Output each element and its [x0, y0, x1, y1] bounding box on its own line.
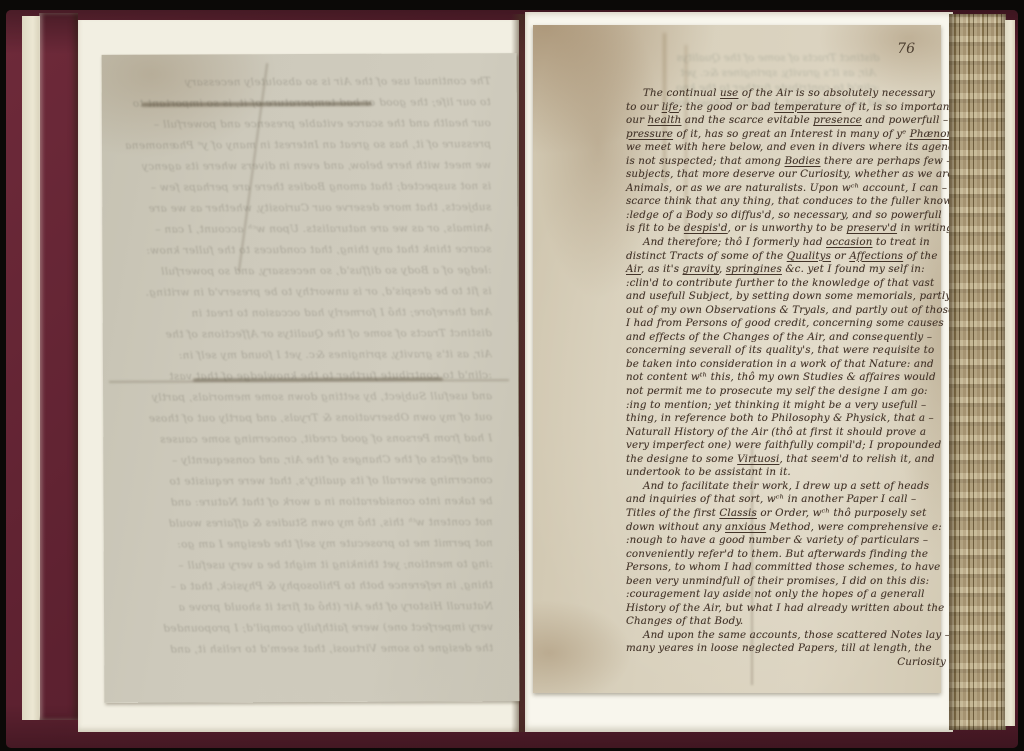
showthrough-line: and effects of the Changes of the Air, a… [119, 449, 492, 472]
right-manuscript-leaf: distinct Tracts of some of the Qualitys … [533, 25, 941, 693]
showthrough-line: I had from Persons of good credit, conce… [119, 428, 492, 451]
showthrough-line: the designe to some Virtuosi, that seem'… [120, 638, 493, 661]
manuscript-line: distinct Tracts of some of the Qualitys … [626, 250, 948, 264]
manuscript-paragraph: The continual use of the Air is so absol… [626, 87, 948, 236]
manuscript-line: I had from Persons of good credit, conce… [626, 317, 948, 331]
left-page-edges-stack [39, 13, 78, 720]
manuscript-line: subjects, that more deserve our Curiosit… [626, 168, 948, 182]
manuscript-paragraph: And to facilitate their work, I drew up … [626, 480, 948, 629]
open-manuscript-book-photo: The continual use of the Air is so absol… [0, 0, 1024, 751]
showthrough-line: Air, as it's gravity, springines &c. yet… [119, 344, 492, 367]
left-endpaper-edge [22, 16, 40, 720]
manuscript-line: conveniently refer'd to them. But afterw… [626, 548, 948, 562]
right-page-edges-stack [949, 14, 1006, 730]
manuscript-line: and usefull Subject, by setting down som… [626, 290, 948, 304]
showthrough-line: distinct Tracts of some of the Qualitys [613, 51, 943, 66]
manuscript-line: out of my own Observations & Tryals, and… [626, 304, 948, 318]
showthrough-line: :ing to mention; yet thinking it might b… [120, 554, 493, 577]
manuscript-line: History of the Air, but what I had alrea… [626, 602, 948, 616]
showthrough-line: and usefull Subject, by setting down som… [119, 386, 492, 409]
showthrough-line: our health and the scarce evitable prese… [118, 113, 491, 136]
manuscript-line: :couragement lay aside not only the hope… [626, 588, 948, 602]
showthrough-line: subjects, that more deserve our Curiosit… [118, 197, 491, 220]
manuscript-line: And upon the same accounts, those scatte… [626, 629, 948, 643]
showthrough-line: we meet with here below, and even in div… [118, 155, 491, 178]
manuscript-line: Changes of that Body. [626, 615, 948, 629]
manuscript-line: Naturall History of the Air (thô at firs… [626, 426, 948, 440]
manuscript-line: is fit to be despis'd, or is unworthy to… [626, 222, 948, 236]
manuscript-line: not permit me to prosecute my self the d… [626, 385, 948, 399]
manuscript-paragraph: And therefore; thô I formerly had occasi… [626, 236, 948, 480]
showthrough-line: concerning severall of its quality's, th… [119, 470, 492, 493]
showthrough-line: Air, as it's gravity, springines &c. yet [613, 66, 943, 81]
manuscript-line: :clin'd to contribute further to the kno… [626, 277, 948, 291]
manuscript-line: to our life; the good or bad temperature… [626, 101, 948, 115]
showthrough-line: be taken into consideration in a work of… [119, 491, 492, 514]
manuscript-line: we meet with here below, and even in div… [626, 141, 948, 155]
manuscript-line: down without any anxious Method, were co… [626, 521, 948, 535]
manuscript-paragraph: And upon the same accounts, those scatte… [626, 629, 948, 656]
manuscript-line: :ing to mention; yet thinking it might b… [626, 399, 948, 413]
manuscript-line: Titles of the first Classis or Order, wᶜ… [626, 507, 948, 521]
showthrough-line: pressure of it, has so great an Interest… [118, 134, 491, 157]
catchword: Curiosity [626, 656, 948, 670]
manuscript-line: The continual use of the Air is so absol… [626, 87, 948, 101]
manuscript-line: Animals, or as we are naturalists. Upon … [626, 182, 948, 196]
manuscript-line: many yeares in loose neglected Papers, t… [626, 642, 948, 656]
manuscript-line: And to facilitate their work, I drew up … [626, 480, 948, 494]
showthrough-line: scarce think that any thing, that conduc… [118, 239, 491, 262]
manuscript-line: the designe to some Virtuosi, that seem'… [626, 453, 948, 467]
showthrough-line: is fit to be despis'd, or is unworthy to… [119, 281, 492, 304]
showthrough-line: Animals, or as we are naturalists. Upon … [118, 218, 491, 241]
manuscript-line: concerning severall of its quality's, th… [626, 344, 948, 358]
manuscript-line: very imperfect one) were faithfully comp… [626, 439, 948, 453]
manuscript-line: been very unmindfull of their promises, … [626, 575, 948, 589]
manuscript-line: And therefore; thô I formerly had occasi… [626, 236, 948, 250]
manuscript-line: our health and the scarce evitable prese… [626, 114, 948, 128]
manuscript-line: is not suspected; that among Bodies ther… [626, 155, 948, 169]
showthrough-line: The continual use of the Air is so absol… [118, 71, 491, 94]
showthrough-line: Naturall History of the Air (thô at firs… [120, 596, 493, 619]
page-number: 76 [897, 41, 915, 57]
manuscript-line: Persons, to whom I had committed those s… [626, 561, 948, 575]
showthrough-line: not content wᵗʰ this, thô my own Studies… [120, 512, 493, 535]
manuscript-line: scarce think that any thing, that conduc… [626, 195, 948, 209]
manuscript-line: and inquiries of that sort, wᶜʰ in anoth… [626, 493, 948, 507]
showthrough-line: And therefore; thô I formerly had occasi… [119, 302, 492, 325]
manuscript-line: pressure of it, has so great an Interest… [626, 128, 948, 142]
manuscript-line: be taken into consideration in a work of… [626, 358, 948, 372]
manuscript-line: and effects of the Changes of the Air, a… [626, 331, 948, 345]
showthrough-line: distinct Tracts of some of the Qualitys … [119, 323, 492, 346]
showthrough-line: is not suspected; that among Bodies ther… [118, 176, 491, 199]
showthrough-line: out of my own Observations & Tryals, and… [119, 407, 492, 430]
manuscript-line: :ledge of a Body so diffus'd, so necessa… [626, 209, 948, 223]
manuscript-line: not content wᵗʰ this, thô my own Studies… [626, 371, 948, 385]
manuscript-text: The continual use of the Air is so absol… [626, 87, 948, 670]
left-manuscript-leaf-showthrough: The continual use of the Air is so absol… [102, 53, 520, 703]
showthrough-line: :ledge of a Body so diffus'd, so necessa… [118, 260, 491, 283]
manuscript-line: undertook to be assistant in it. [626, 466, 948, 480]
manuscript-line: :nough to have a good number & variety o… [626, 534, 948, 548]
manuscript-line: thing, in reference both to Philosophy &… [626, 412, 948, 426]
showthrough-line: very imperfect one) were faithfully comp… [120, 617, 493, 640]
showthrough-line: thing, in reference both to Philosophy &… [120, 575, 493, 598]
showthrough-line: not permit me to prosecute my self the d… [120, 533, 493, 556]
manuscript-line: Air, as it's gravity, springines &c. yet… [626, 263, 948, 277]
right-endpaper-edge [1005, 20, 1015, 726]
